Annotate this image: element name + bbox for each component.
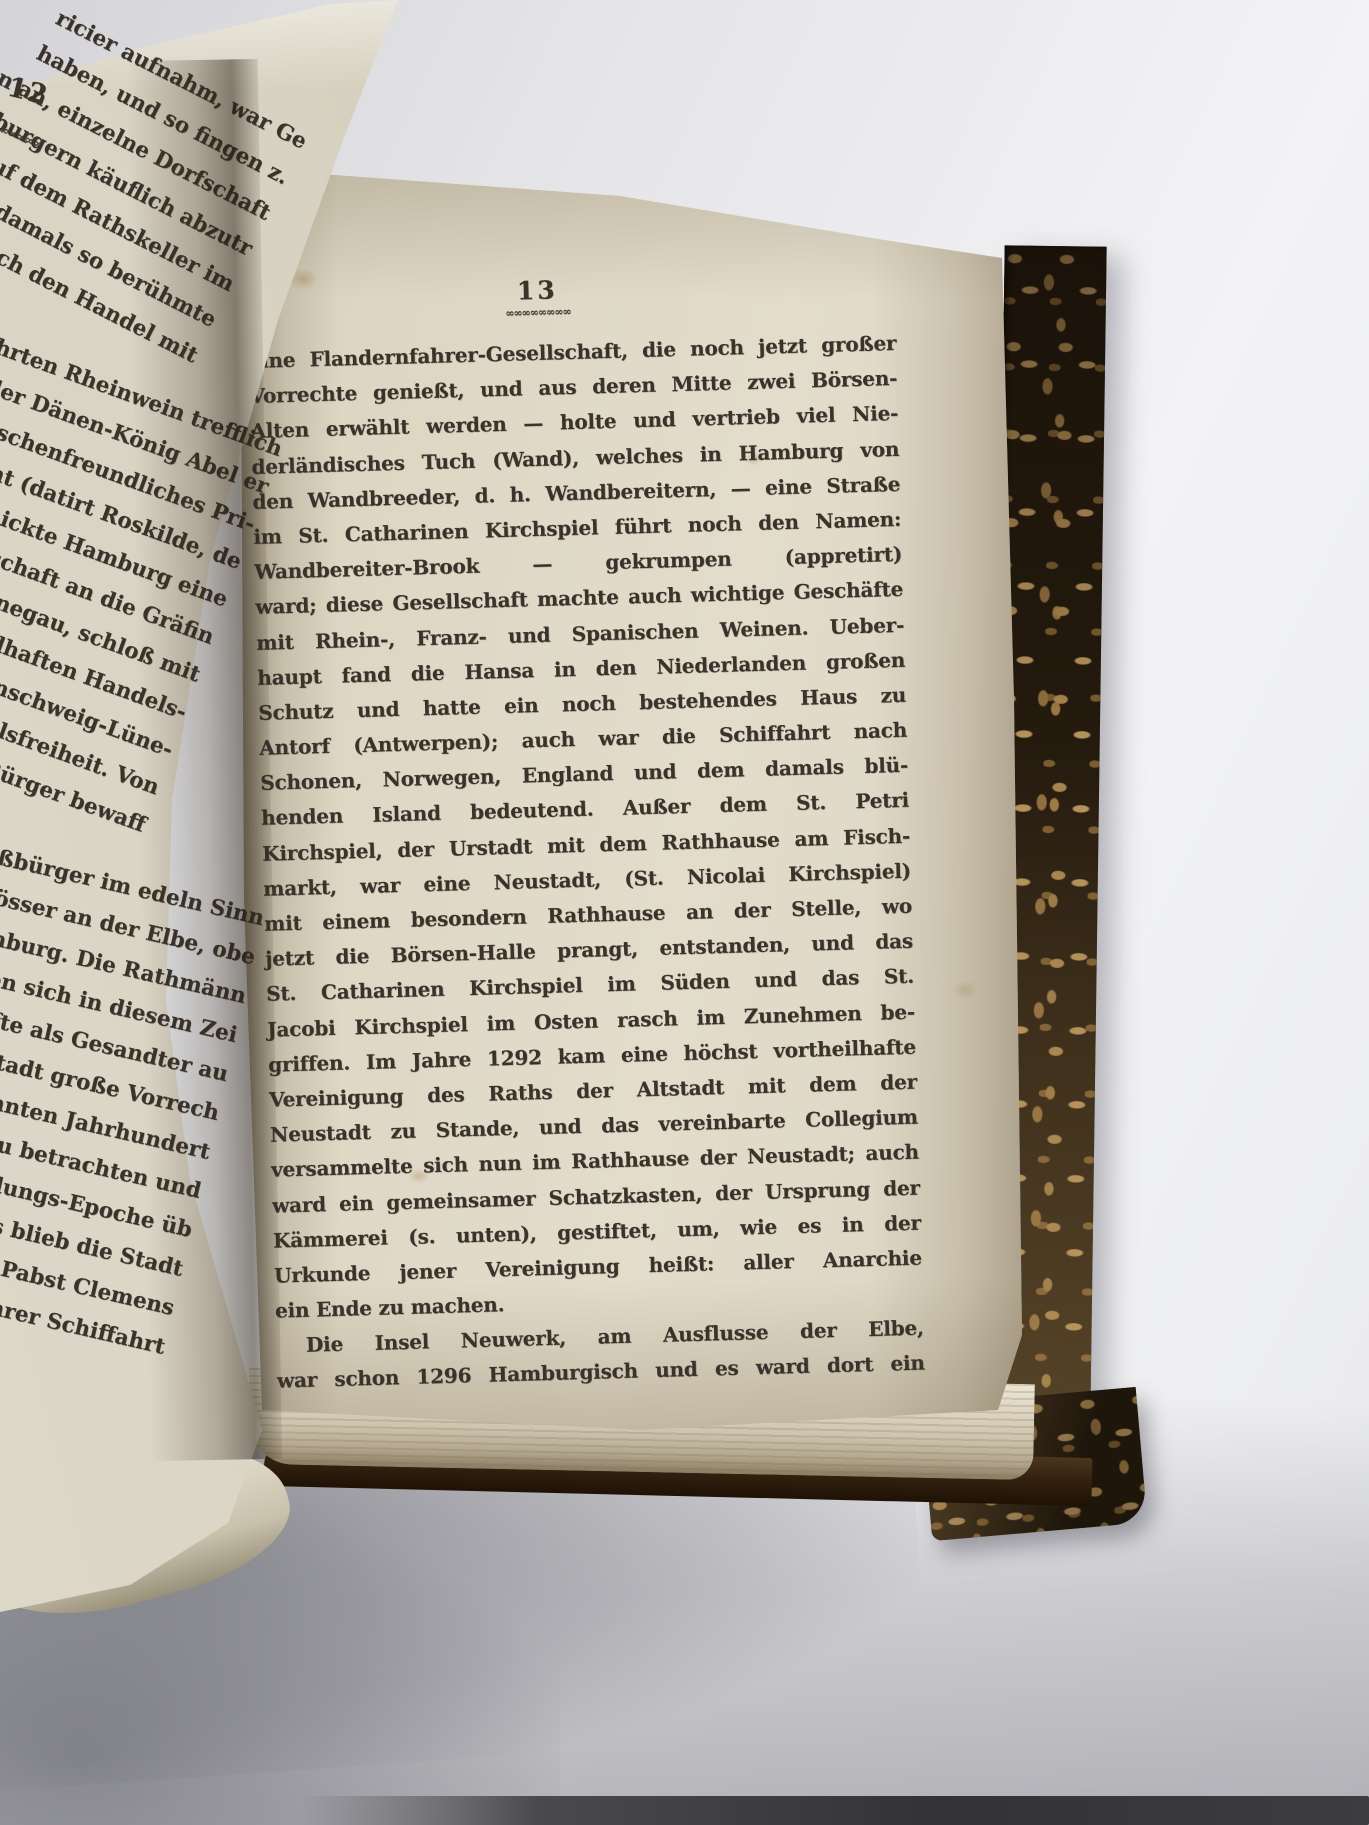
photo-scene: 13 ∞∞∞∞∞∞∞∞ eine Flandernfahrer-Gesellsc… (0, 0, 1369, 1825)
backdrop-edge-strip (300, 1796, 1369, 1825)
right-page-text: eine Flandernfahrer-Gesellschaft, die no… (248, 326, 925, 1399)
paper-stain (952, 980, 978, 1000)
gutter-shadow (126, 59, 282, 1461)
